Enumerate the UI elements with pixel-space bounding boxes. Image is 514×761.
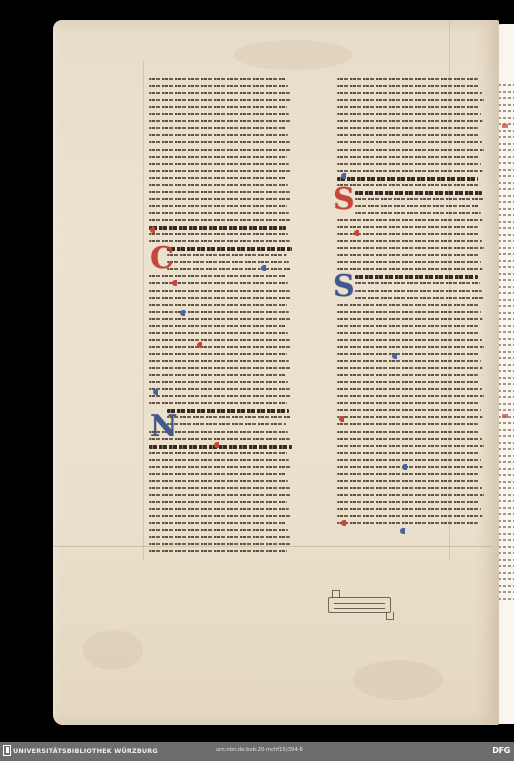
script-line	[149, 508, 289, 510]
script-line	[337, 438, 482, 440]
script-line	[337, 134, 480, 136]
paraph-mark	[153, 389, 158, 395]
adjacent-script-line	[498, 409, 514, 411]
adjacent-script-line	[498, 266, 514, 268]
paraph-mark	[354, 230, 359, 236]
script-line	[337, 522, 478, 524]
script-line	[149, 522, 286, 524]
adjacent-script-line	[498, 175, 514, 177]
script-line	[149, 113, 289, 115]
adjacent-script-line	[498, 513, 514, 515]
script-line	[149, 311, 289, 313]
adjacent-script-line	[498, 117, 514, 119]
decorated-initial-n: N	[150, 412, 177, 442]
adjacent-script-line	[498, 188, 514, 190]
paraph-mark	[197, 342, 202, 348]
adjacent-script-line	[498, 182, 514, 184]
adjacent-script-line	[498, 364, 514, 366]
script-line	[149, 360, 289, 362]
adjacent-rubric-mark	[502, 414, 508, 418]
adjacent-script-line	[498, 273, 514, 275]
adjacent-script-line	[498, 578, 514, 580]
script-line	[355, 191, 482, 195]
adjacent-script-line	[498, 331, 514, 333]
adjacent-script-line	[498, 260, 514, 262]
script-line	[149, 92, 290, 94]
script-line	[149, 536, 290, 538]
adjacent-script-line	[498, 351, 514, 353]
adjacent-script-line	[498, 552, 514, 554]
adjacent-script-line	[498, 253, 514, 255]
script-line	[337, 445, 484, 447]
script-line	[337, 304, 479, 306]
adjacent-script-line	[498, 208, 514, 210]
script-line	[149, 184, 288, 186]
script-line	[337, 261, 481, 263]
paraph-mark	[261, 265, 266, 271]
library-name: Universitätsbibliothek Würzburg	[13, 747, 158, 755]
decorated-initial-c: C	[150, 244, 174, 274]
script-line	[337, 240, 482, 242]
adjacent-script-line	[498, 559, 514, 561]
script-line	[149, 127, 286, 129]
script-line	[355, 282, 480, 284]
script-line	[149, 402, 287, 404]
script-line	[337, 226, 478, 228]
script-line	[167, 261, 289, 263]
script-line	[149, 163, 289, 165]
adjacent-script-line	[498, 500, 514, 502]
script-line	[149, 120, 291, 122]
script-line	[355, 212, 481, 214]
script-line	[337, 416, 483, 418]
image-viewer[interactable]: C N S S	[0, 0, 514, 742]
script-line	[149, 304, 287, 306]
adjacent-script-line	[498, 442, 514, 444]
script-line	[149, 501, 287, 503]
script-line	[149, 219, 291, 221]
script-line	[149, 106, 287, 108]
script-line	[149, 494, 292, 496]
adjacent-script-line	[498, 292, 514, 294]
script-line	[337, 318, 483, 320]
decorated-initial-s-blue: S	[333, 272, 355, 302]
script-line	[337, 325, 478, 327]
adjacent-script-line	[498, 234, 514, 236]
adjacent-script-line	[498, 130, 514, 132]
script-line	[337, 99, 484, 101]
script-line	[149, 226, 286, 230]
script-line	[167, 254, 287, 256]
adjacent-script-line	[498, 487, 514, 489]
script-line	[149, 134, 288, 136]
paraph-mark	[172, 280, 177, 286]
script-line	[167, 247, 292, 251]
script-line	[167, 423, 286, 425]
adjacent-script-line	[498, 390, 514, 392]
paraph-mark	[180, 310, 185, 316]
script-line	[337, 487, 482, 489]
adjacent-script-line	[498, 338, 514, 340]
adjacent-script-line	[498, 84, 514, 86]
script-line	[149, 515, 291, 517]
script-line	[149, 318, 291, 320]
text-column-left	[149, 78, 289, 558]
script-line	[149, 297, 292, 299]
script-line	[149, 388, 290, 390]
script-line	[149, 353, 287, 355]
adjacent-script-line	[498, 422, 514, 424]
script-line	[355, 275, 478, 279]
dfg-logo[interactable]: DFG	[492, 746, 510, 755]
script-line	[149, 282, 288, 284]
script-line	[149, 480, 288, 482]
adjacent-script-line	[498, 448, 514, 450]
script-line	[355, 297, 484, 299]
paraph-mark	[392, 353, 397, 359]
adjacent-script-line	[498, 565, 514, 567]
script-line	[167, 268, 291, 270]
catchword-flag	[386, 612, 394, 620]
script-line	[337, 473, 478, 475]
adjacent-script-line	[498, 585, 514, 587]
script-line	[337, 247, 484, 249]
script-line	[337, 494, 484, 496]
adjacent-script-line	[498, 546, 514, 548]
script-line	[149, 381, 288, 383]
script-line	[337, 106, 479, 108]
script-line	[337, 423, 478, 425]
paraph-mark	[341, 520, 346, 526]
script-line	[337, 346, 484, 348]
adjacent-script-line	[498, 429, 514, 431]
adjacent-script-line	[498, 195, 514, 197]
script-line	[337, 395, 484, 397]
script-line	[337, 127, 478, 129]
script-line	[149, 177, 286, 179]
script-line	[337, 184, 480, 186]
library-mark-icon	[3, 745, 11, 756]
adjacent-script-line	[498, 461, 514, 463]
adjacent-script-line	[498, 143, 514, 145]
adjacent-script-line	[498, 520, 514, 522]
script-line	[149, 212, 289, 214]
script-line	[337, 332, 480, 334]
script-line	[337, 353, 479, 355]
adjacent-script-line	[498, 221, 514, 223]
adjacent-script-line	[498, 136, 514, 138]
script-line	[337, 113, 481, 115]
adjacent-script-line	[498, 474, 514, 476]
adjacent-script-line	[498, 201, 514, 203]
script-line	[355, 198, 484, 200]
adjacent-script-line	[498, 312, 514, 314]
script-line	[337, 388, 482, 390]
script-line	[149, 198, 292, 200]
script-line	[337, 120, 483, 122]
adjacent-script-line	[498, 591, 514, 593]
script-line	[337, 177, 478, 181]
script-line	[337, 149, 484, 151]
adjacent-script-line	[498, 286, 514, 288]
adjacent-rubric-mark	[502, 124, 508, 128]
script-line	[167, 416, 291, 418]
script-line	[149, 543, 292, 545]
script-line	[149, 141, 290, 143]
script-line	[149, 529, 288, 531]
ruling-line	[143, 60, 144, 560]
script-line	[149, 395, 292, 397]
decorated-initial-s-red: S	[333, 185, 355, 215]
adjacent-script-line	[498, 403, 514, 405]
adjacent-script-line	[498, 383, 514, 385]
script-line	[149, 233, 288, 235]
script-line	[337, 515, 483, 517]
catchword	[328, 597, 391, 613]
adjacent-script-line	[498, 598, 514, 600]
script-line	[149, 459, 289, 461]
script-line	[337, 508, 481, 510]
text-column-right	[337, 78, 481, 528]
paraph-mark	[339, 416, 344, 422]
script-line	[337, 360, 481, 362]
script-line	[355, 205, 479, 207]
script-line	[337, 402, 479, 404]
script-line	[149, 374, 286, 376]
adjacent-script-line	[498, 214, 514, 216]
library-logo[interactable]: Universitätsbibliothek Würzburg	[3, 745, 158, 756]
adjacent-script-line	[498, 169, 514, 171]
adjacent-script-line	[498, 162, 514, 164]
script-line	[149, 99, 292, 101]
adjacent-script-line	[498, 533, 514, 535]
paraph-mark	[214, 442, 219, 448]
adjacent-script-line	[498, 468, 514, 470]
script-line	[149, 170, 291, 172]
script-line	[149, 290, 290, 292]
adjacent-script-line	[498, 396, 514, 398]
script-line	[337, 311, 481, 313]
paraph-mark	[402, 464, 407, 470]
script-line	[337, 170, 483, 172]
script-line	[337, 431, 480, 433]
script-line	[149, 487, 290, 489]
script-line	[337, 156, 479, 158]
adjacent-script-line	[498, 370, 514, 372]
script-line	[149, 550, 287, 552]
adjacent-script-line	[498, 227, 514, 229]
script-line	[337, 92, 482, 94]
script-line	[149, 78, 286, 80]
adjacent-script-line	[498, 325, 514, 327]
adjacent-script-line	[498, 91, 514, 93]
script-line	[337, 85, 480, 87]
adjacent-script-line	[498, 344, 514, 346]
adjacent-script-line	[498, 539, 514, 541]
script-line	[337, 374, 478, 376]
adjacent-script-line	[498, 318, 514, 320]
adjacent-script-line	[498, 357, 514, 359]
adjacent-script-line	[498, 110, 514, 112]
adjacent-script-line	[498, 299, 514, 301]
script-line	[149, 149, 292, 151]
script-line	[337, 219, 483, 221]
script-line	[337, 381, 480, 383]
script-line	[337, 466, 483, 468]
adjacent-script-line	[498, 481, 514, 483]
script-line	[149, 452, 287, 454]
script-line	[149, 473, 286, 475]
script-line	[149, 466, 291, 468]
paraph-mark	[400, 528, 405, 534]
script-line	[149, 85, 288, 87]
script-line	[337, 163, 481, 165]
paraph-mark	[341, 173, 346, 179]
script-line	[337, 78, 478, 80]
adjacent-script-line	[498, 455, 514, 457]
adjacent-script-line	[498, 305, 514, 307]
adjacent-script-line	[498, 247, 514, 249]
script-line	[149, 332, 288, 334]
adjacent-script-line	[498, 526, 514, 528]
adjacent-script-line	[498, 104, 514, 106]
script-line	[149, 346, 292, 348]
adjacent-script-line	[498, 149, 514, 151]
script-line	[149, 325, 286, 327]
script-line	[149, 205, 287, 207]
adjacent-script-line	[498, 507, 514, 509]
script-line	[337, 480, 480, 482]
script-line	[149, 191, 290, 193]
adjacent-script-line	[498, 156, 514, 158]
adjacent-script-line	[498, 494, 514, 496]
script-line	[355, 290, 482, 292]
adjacent-script-line	[498, 377, 514, 379]
script-line	[149, 367, 291, 369]
paraph-mark	[150, 227, 155, 233]
script-line	[167, 409, 289, 413]
script-line	[337, 409, 481, 411]
script-line	[149, 445, 292, 449]
adjacent-script-line	[498, 240, 514, 242]
script-line	[337, 452, 479, 454]
script-line	[337, 459, 481, 461]
adjacent-script-line	[498, 572, 514, 574]
urn-identifier: urn:nbn:de:bvb:20-mchf15)394-6	[216, 747, 303, 753]
adjacent-script-line	[498, 435, 514, 437]
script-line	[149, 339, 290, 341]
script-line	[337, 367, 483, 369]
manuscript-folio: C N S S	[53, 20, 499, 725]
adjacent-script-line	[498, 279, 514, 281]
script-line	[337, 501, 479, 503]
script-line	[337, 254, 479, 256]
script-line	[337, 339, 482, 341]
footer-bar: Universitätsbibliothek Würzburg urn:nbn:…	[0, 742, 514, 761]
script-line	[149, 156, 287, 158]
script-line	[337, 141, 482, 143]
adjacent-script-line	[498, 97, 514, 99]
script-line	[337, 268, 483, 270]
